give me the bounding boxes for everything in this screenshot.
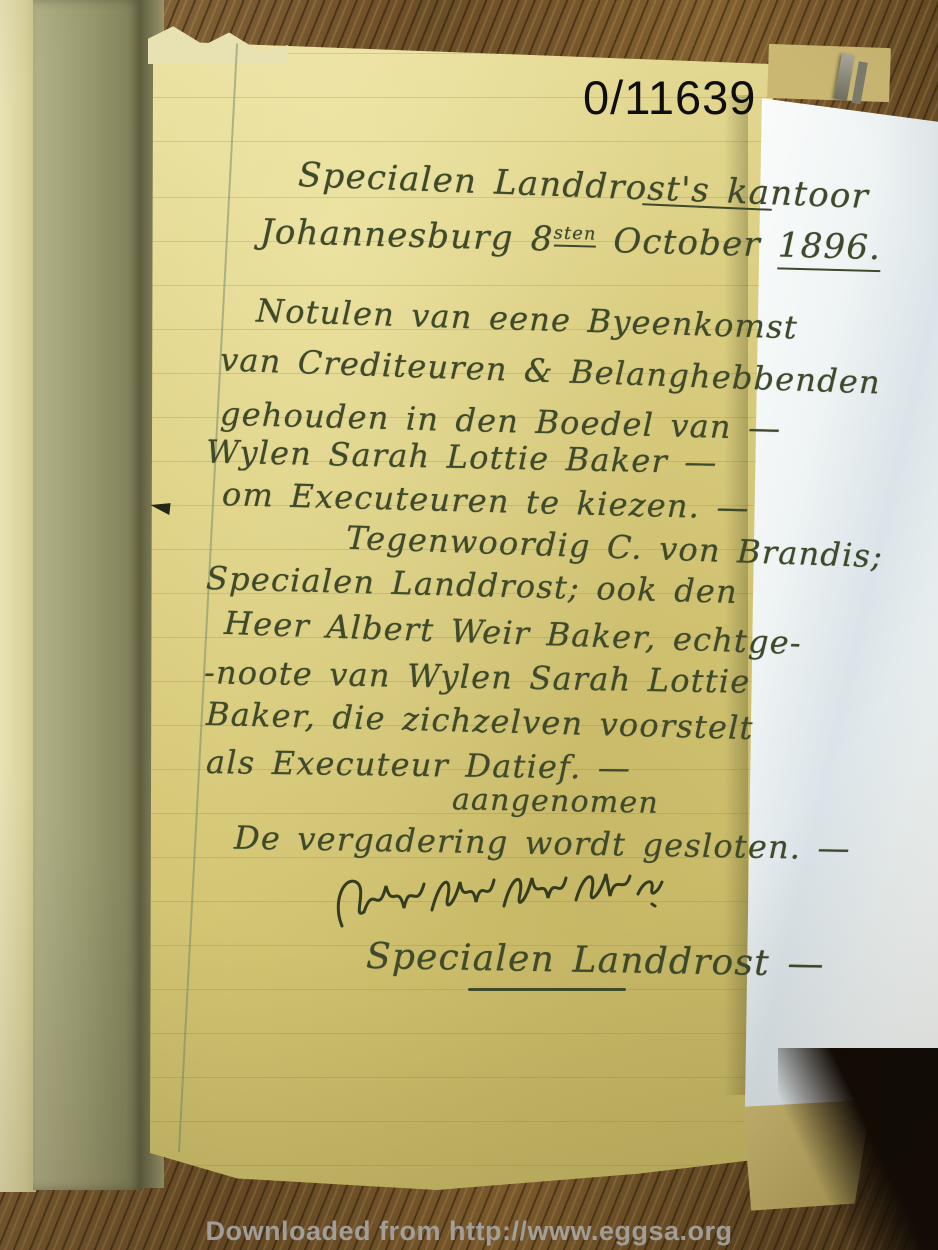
- reference-number: 0/11639: [583, 70, 756, 125]
- shadow-corner: [778, 1048, 938, 1250]
- watermark: Downloaded from http://www.eggsa.org: [206, 1216, 733, 1247]
- signature-scrawl: [332, 866, 668, 940]
- binding-cardboard: [767, 44, 891, 102]
- page-stack-olive-fold: [33, 0, 143, 1190]
- heading-year: 1896.: [777, 225, 881, 272]
- handwriting-line: als Executeur Datief. —: [206, 743, 632, 787]
- margin-ink-mark: [149, 501, 170, 515]
- archive-photo: 0/11639 Specialen Landdrost's kantoor Jo…: [0, 0, 938, 1250]
- heading-day-suffix: sten: [553, 223, 596, 247]
- page-stack-cream-edge: [0, 0, 36, 1192]
- resolution-word: aangenomen: [452, 782, 660, 821]
- signature-underline: [468, 988, 626, 991]
- torn-page-corner: [148, 22, 288, 64]
- heading-place: Johannesburg 8: [260, 212, 555, 260]
- heading-month: October: [596, 221, 779, 266]
- signature-title: Specialen Landdrost —: [366, 936, 825, 985]
